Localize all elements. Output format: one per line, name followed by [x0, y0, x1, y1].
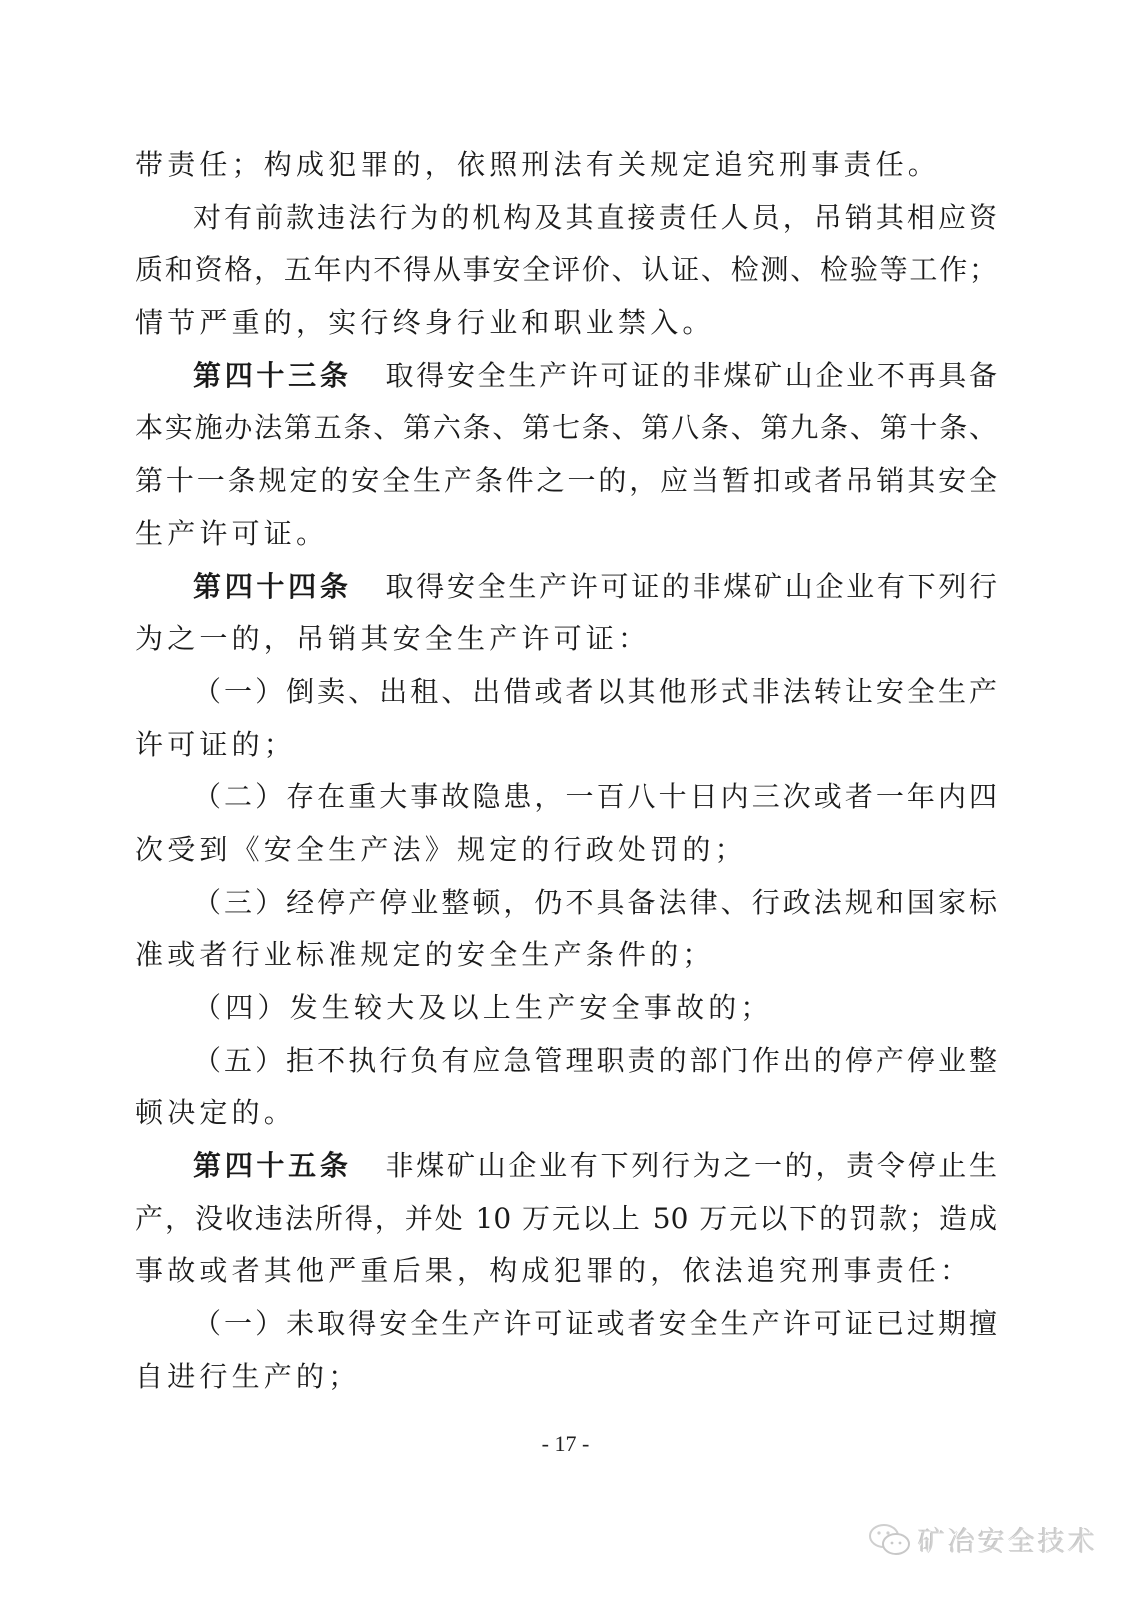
- article-title: 第四十三条: [193, 359, 352, 392]
- line-text: （三）经停产停业整顿，仍不具备法律、行政法规和国家标: [193, 886, 997, 919]
- line-text: （二）存在重大事故隐患，一百八十日内三次或者一年内四: [193, 780, 997, 813]
- document-page: 带责任；构成犯罪的，依照刑法有关规定追究刑事责任。对有前款违法行为的机构及其直接…: [0, 0, 1131, 1600]
- line-text: （一）未取得安全生产许可证或者安全生产许可证已过期擅: [193, 1307, 997, 1340]
- line-text: （一）倒卖、出租、出借或者以其他形式非法转让安全生产: [193, 675, 997, 708]
- text-line: （二）存在重大事故隐患，一百八十日内三次或者一年内四: [135, 771, 997, 824]
- text-line: 许可证的；: [135, 719, 997, 772]
- line-text: 为之一的，吊销其安全生产许可证：: [135, 622, 650, 655]
- line-text: 本实施办法第五条、第六条、第七条、第八条、第九条、第十条、: [135, 411, 997, 444]
- text-line: 为之一的，吊销其安全生产许可证：: [135, 613, 997, 666]
- line-text: （五）拒不执行负有应急管理职责的部门作出的停产停业整: [193, 1044, 997, 1077]
- line-text: 对有前款违法行为的机构及其直接责任人员，吊销其相应资: [193, 201, 997, 234]
- article-line: 第四十四条取得安全生产许可证的非煤矿山企业有下列行: [135, 561, 997, 614]
- article-title: 第四十五条: [193, 1149, 352, 1182]
- text-line: 生产许可证。: [135, 508, 997, 561]
- text-line: 带责任；构成犯罪的，依照刑法有关规定追究刑事责任。: [135, 139, 997, 192]
- article-line: 第四十三条取得安全生产许可证的非煤矿山企业不再具备: [135, 350, 997, 403]
- line-text: 顿决定的。: [135, 1096, 296, 1129]
- text-line: 次受到《安全生产法》规定的行政处罚的；: [135, 824, 997, 877]
- text-line: 顿决定的。: [135, 1087, 997, 1140]
- text-line: （三）经停产停业整顿，仍不具备法律、行政法规和国家标: [135, 877, 997, 930]
- line-text: 产，没收违法所得，并处 10 万元以上 50 万元以下的罚款；造成: [135, 1202, 997, 1235]
- line-text: 生产许可证。: [135, 517, 328, 550]
- document-body: 带责任；构成犯罪的，依照刑法有关规定追究刑事责任。对有前款违法行为的机构及其直接…: [135, 139, 997, 1404]
- article-title: 第四十四条: [193, 570, 352, 603]
- line-text: 准或者行业标准规定的安全生产条件的；: [135, 938, 715, 971]
- text-line: （一）未取得安全生产许可证或者安全生产许可证已过期擅: [135, 1298, 997, 1351]
- article-line: 第四十五条非煤矿山企业有下列行为之一的，责令停止生: [135, 1140, 997, 1193]
- line-text: 取得安全生产许可证的非煤矿山企业不再具备: [386, 359, 997, 392]
- line-text: 质和资格，五年内不得从事安全评价、认证、检测、检验等工作；: [135, 253, 997, 286]
- watermark-text: 矿冶安全技术: [918, 1520, 1098, 1559]
- text-line: （五）拒不执行负有应急管理职责的部门作出的停产停业整: [135, 1035, 997, 1088]
- text-line: 本实施办法第五条、第六条、第七条、第八条、第九条、第十条、: [135, 402, 997, 455]
- watermark: 矿冶安全技术: [868, 1520, 1098, 1559]
- line-text: 非煤矿山企业有下列行为之一的，责令停止生: [386, 1149, 997, 1182]
- text-line: 第十一条规定的安全生产条件之一的，应当暂扣或者吊销其安全: [135, 455, 997, 508]
- line-text: （四）发生较大及以上生产安全事故的；: [193, 991, 773, 1024]
- text-line: 准或者行业标准规定的安全生产条件的；: [135, 929, 997, 982]
- line-text: 自进行生产的；: [135, 1360, 360, 1393]
- line-text: 情节严重的，实行终身行业和职业禁入。: [135, 306, 715, 339]
- page-number: - 17 -: [0, 1431, 1131, 1457]
- line-text: 带责任；构成犯罪的，依照刑法有关规定追究刑事责任。: [135, 148, 940, 181]
- text-line: 产，没收违法所得，并处 10 万元以上 50 万元以下的罚款；造成: [135, 1193, 997, 1246]
- wechat-icon: [868, 1523, 912, 1557]
- text-line: 事故或者其他严重后果，构成犯罪的，依法追究刑事责任：: [135, 1245, 997, 1298]
- text-line: 情节严重的，实行终身行业和职业禁入。: [135, 297, 997, 350]
- text-line: 质和资格，五年内不得从事安全评价、认证、检测、检验等工作；: [135, 244, 997, 297]
- text-line: （一）倒卖、出租、出借或者以其他形式非法转让安全生产: [135, 666, 997, 719]
- line-text: 事故或者其他严重后果，构成犯罪的，依法追究刑事责任：: [135, 1254, 972, 1287]
- line-text: 取得安全生产许可证的非煤矿山企业有下列行: [386, 570, 997, 603]
- text-line: 对有前款违法行为的机构及其直接责任人员，吊销其相应资: [135, 192, 997, 245]
- text-line: （四）发生较大及以上生产安全事故的；: [135, 982, 997, 1035]
- text-line: 自进行生产的；: [135, 1351, 997, 1404]
- line-text: 次受到《安全生产法》规定的行政处罚的；: [135, 833, 747, 866]
- line-text: 第十一条规定的安全生产条件之一的，应当暂扣或者吊销其安全: [135, 464, 997, 497]
- line-text: 许可证的；: [135, 728, 296, 761]
